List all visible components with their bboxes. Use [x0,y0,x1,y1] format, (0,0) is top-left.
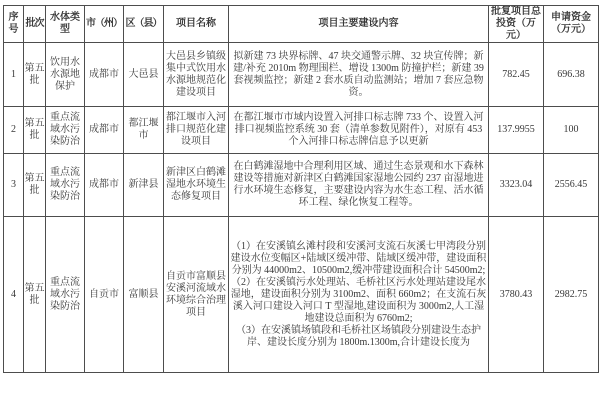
header-seq: 序号 [4,6,24,43]
project-name-cell: 都江堰市入河排口规范化建设项目 [164,107,229,154]
project-name-cell: 大邑县乡镇级集中式饮用水水源地规范化建设项目 [164,43,229,107]
water-type-cell: 重点流域水污染防治 [46,107,85,154]
city-cell: 成都市 [85,154,124,217]
batch-cell: 第五批 [24,43,46,107]
city-cell: 成都市 [85,43,124,107]
header-project-name: 项目名称 [164,6,229,43]
content-cell: 在都江堰市市域内设置入河排口标志牌 733 个、设置入河排口视频监控系统 30 … [229,107,489,154]
header-water-type: 水体类型 [46,6,85,43]
requested-funds-cell: 2556.45 [544,154,599,217]
header-requested-funds: 申请资金 （万元） [544,6,599,43]
table-row: 1 第五批 饮用水水源地保护 成都市 大邑县 大邑县乡镇级集中式饮用水水源地规范… [4,43,599,107]
seq-cell: 3 [4,154,24,217]
requested-funds-cell: 2982.75 [544,217,599,373]
header-content: 项目主要建设内容 [229,6,489,43]
county-cell: 富顺县 [124,217,164,373]
water-type-cell: 饮用水水源地保护 [46,43,85,107]
content-cell: 拟新建 73 块界标牌、47 块交通警示牌、32 块宣传牌；新建/补充 2010… [229,43,489,107]
table-row: 2 第五批 重点流域水污染防治 成都市 都江堰市 都江堰市入河排口规范化建设项目… [4,107,599,154]
city-cell: 自贡市 [85,217,124,373]
water-type-cell: 重点流域水污染防治 [46,217,85,373]
seq-cell: 4 [4,217,24,373]
total-investment-cell: 137.9955 [489,107,544,154]
county-cell: 大邑县 [124,43,164,107]
county-cell: 都江堰市 [124,107,164,154]
header-batch: 批次 [24,6,46,43]
table-row: 4 第五批 重点流域水污染防治 自贡市 富顺县 自贡市富顺县安溪河流域水环境综合… [4,217,599,373]
table-row: 3 第五批 重点流域水污染防治 成都市 新津县 新津区白鹤滩湿地水环境生态修复项… [4,154,599,217]
requested-funds-cell: 100 [544,107,599,154]
project-approval-table: 序号 批次 水体类型 市（州） 区（县） 项目名称 项目主要建设内容 批复项目总… [3,5,599,373]
water-type-cell: 重点流域水污染防治 [46,154,85,217]
seq-cell: 2 [4,107,24,154]
content-cell: （1）在安溪镇幺滩村段和安溪河支流石灰溪七甲湾段分别建设水位变幅区+陆域区缓冲带… [229,217,489,373]
total-investment-cell: 782.45 [489,43,544,107]
batch-cell: 第五批 [24,107,46,154]
content-cell: 在白鹤滩湿地中合理利用区域、通过生态景观和水下森林建设等措施对新津区白鹤滩国家湿… [229,154,489,217]
city-cell: 成都市 [85,107,124,154]
header-row: 序号 批次 水体类型 市（州） 区（县） 项目名称 项目主要建设内容 批复项目总… [4,6,599,43]
header-total-investment: 批复项目总 投资（万元） [489,6,544,43]
total-investment-cell: 3323.04 [489,154,544,217]
batch-cell: 第五批 [24,217,46,373]
seq-cell: 1 [4,43,24,107]
batch-cell: 第五批 [24,154,46,217]
total-investment-cell: 3780.43 [489,217,544,373]
header-county: 区（县） [124,6,164,43]
county-cell: 新津县 [124,154,164,217]
header-city: 市（州） [85,6,124,43]
requested-funds-cell: 696.38 [544,43,599,107]
project-name-cell: 自贡市富顺县安溪河流域水环境综合治理项目 [164,217,229,373]
project-name-cell: 新津区白鹤滩湿地水环境生态修复项目 [164,154,229,217]
